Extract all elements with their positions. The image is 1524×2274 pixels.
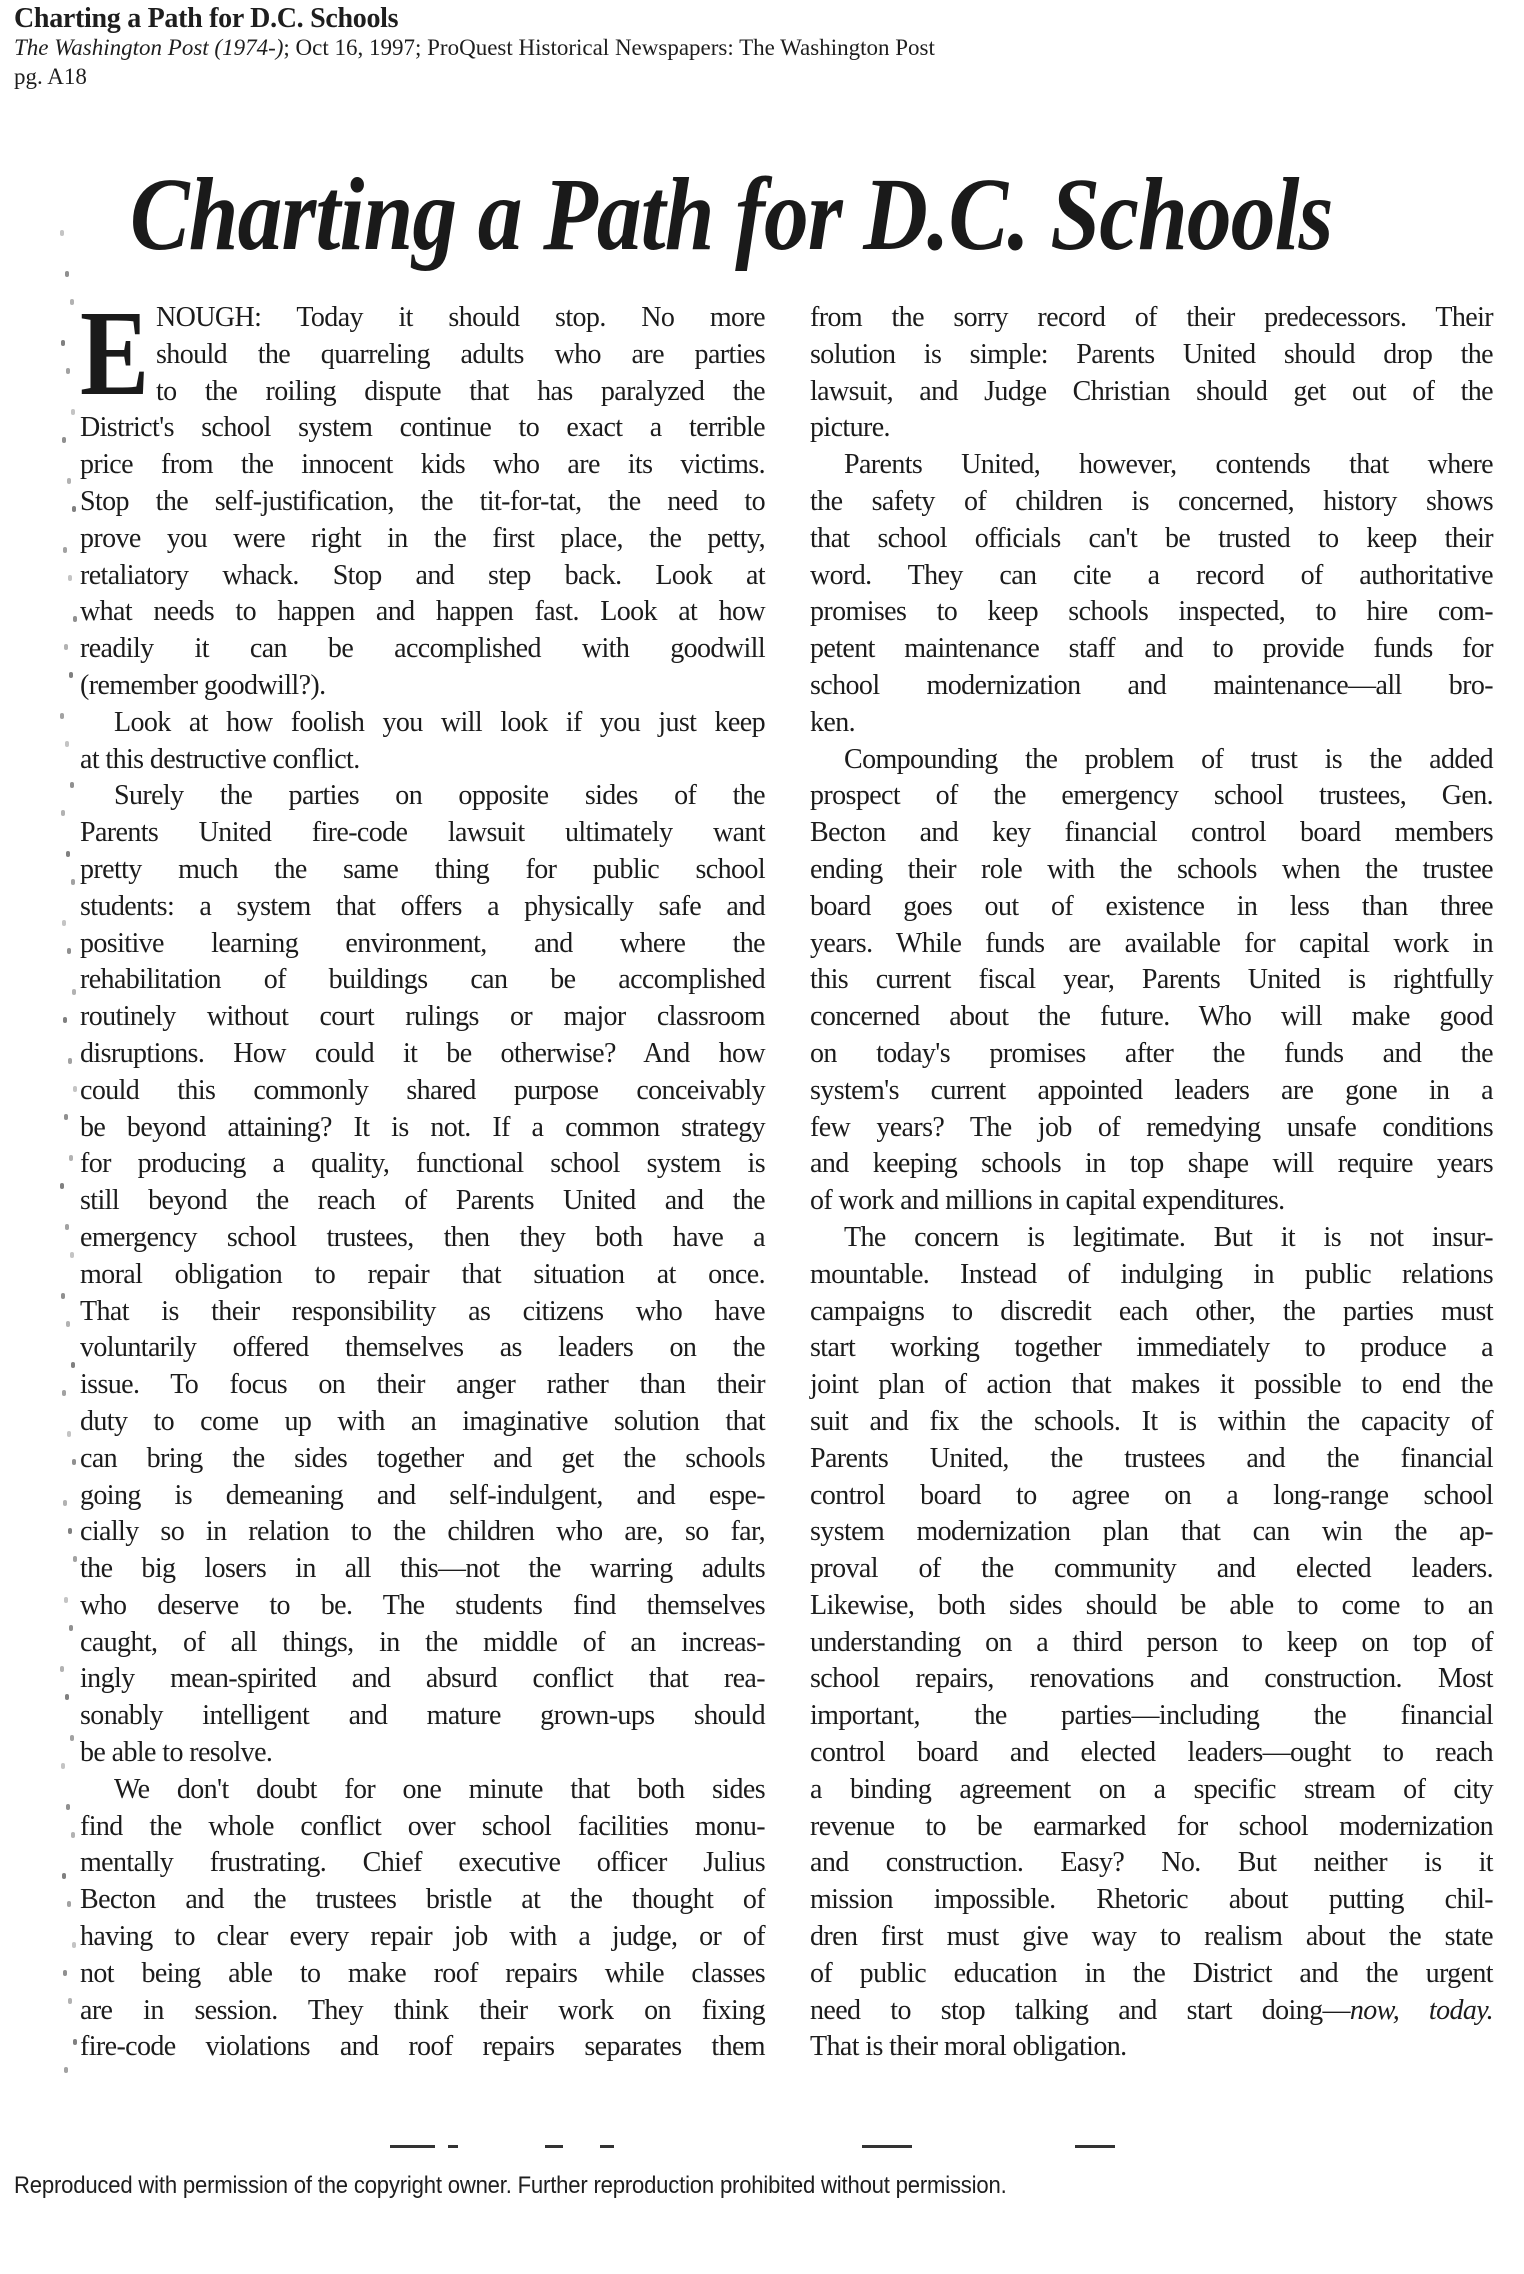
text-line: NOUGH: Today it should stop. No more — [80, 300, 765, 337]
dash — [448, 2145, 458, 2148]
text-line: concerned about the future. Who will mak… — [810, 999, 1493, 1036]
drop-cap: E — [80, 304, 149, 404]
text-line: Parents United, however, contends that w… — [810, 447, 1493, 484]
text-line: at this destructive conflict. — [80, 742, 765, 779]
speck — [72, 506, 76, 512]
speck — [68, 1528, 72, 1534]
speck — [60, 713, 64, 719]
speck — [66, 1321, 70, 1327]
text-line: Compounding the problem of trust is the … — [810, 742, 1493, 779]
speck — [69, 672, 73, 678]
text-line: mountable. Instead of indulging in publi… — [810, 1257, 1493, 1294]
citation-source: The Washington Post (1974-); Oct 16, 199… — [14, 33, 935, 62]
text-line: for producing a quality, functional scho… — [80, 1146, 765, 1183]
text-line: The concern is legitimate. But it is not… — [810, 1220, 1493, 1257]
dash — [1075, 2145, 1115, 2148]
text-line: what needs to happen and happen fast. Lo… — [80, 594, 765, 631]
speck — [64, 644, 68, 650]
publication-name: The Washington Post (1974-) — [14, 35, 283, 60]
scan-margin-specks — [60, 230, 82, 2130]
text-line: to the roiling dispute that has paralyze… — [80, 374, 765, 411]
text-line: system's current appointed leaders are g… — [810, 1073, 1493, 1110]
text-line: proval of the community and elected lead… — [810, 1551, 1493, 1588]
text-line: (remember goodwill?). — [80, 668, 765, 705]
text-line: understanding on a third person to keep … — [810, 1625, 1493, 1662]
text-line: and construction. Easy? No. But neither … — [810, 1845, 1493, 1882]
speck — [67, 1901, 71, 1907]
text-line: prospect of the emergency school trustee… — [810, 778, 1493, 815]
speck — [68, 1998, 72, 2004]
text-line: Becton and key financial control board m… — [810, 815, 1493, 852]
article-column-1: E NOUGH: Today it should stop. No more s… — [80, 300, 765, 2066]
text-line: be beyond attaining? It is not. If a com… — [80, 1110, 765, 1147]
text-line: having to clear every repair job with a … — [80, 1919, 765, 1956]
text-line: going is demeaning and self-indulgent, a… — [80, 1478, 765, 1515]
text-line: retaliatory whack. Stop and step back. L… — [80, 558, 765, 595]
text-line: from the sorry record of their predecess… — [810, 300, 1493, 337]
text-line: Becton and the trustees bristle at the t… — [80, 1882, 765, 1919]
text-line: the big losers in all this—not the warri… — [80, 1551, 765, 1588]
speck — [63, 1970, 67, 1976]
text-line: not being able to make roof repairs whil… — [80, 1956, 765, 1993]
text-line: system modernization plan that can win t… — [810, 1514, 1493, 1551]
speck — [72, 989, 76, 995]
text-line: that school officials can't be trusted t… — [810, 521, 1493, 558]
citation-details: ; Oct 16, 1997; ProQuest Historical News… — [283, 35, 934, 60]
speck — [63, 1500, 67, 1506]
text-line: ending their role with the schools when … — [810, 852, 1493, 889]
text-line: mission impossible. Rhetoric about putti… — [810, 1882, 1493, 1919]
text-line: are in session. They think their work on… — [80, 1993, 765, 2030]
text-line: and keeping schools in top shape will re… — [810, 1146, 1493, 1183]
speck — [69, 1155, 73, 1161]
text-line: price from the innocent kids who are its… — [80, 447, 765, 484]
speck — [70, 299, 74, 305]
text-line: need to stop talking and start doing—now… — [810, 1993, 1493, 2030]
text-segment: need to stop talking and start doing— — [810, 1995, 1350, 2026]
citation-title: Charting a Path for D.C. Schools — [14, 4, 935, 33]
text-line: lawsuit, and Judge Christian should get … — [810, 374, 1493, 411]
text-line: mentally frustrating. Chief executive of… — [80, 1845, 765, 1882]
speck — [65, 1224, 69, 1230]
text-line: Surely the parties on opposite sides of … — [80, 778, 765, 815]
text-line: control board to agree on a long-range s… — [810, 1478, 1493, 1515]
speck — [65, 741, 69, 747]
text-line: this current fiscal year, Parents United… — [810, 962, 1493, 999]
text-line: be able to resolve. — [80, 1735, 765, 1772]
text-line: who deserve to be. The students find the… — [80, 1588, 765, 1625]
dash — [390, 2145, 435, 2148]
text-line: campaigns to discredit each other, the p… — [810, 1294, 1493, 1331]
speck — [70, 1735, 74, 1741]
text-line: solution is simple: Parents United shoul… — [810, 337, 1493, 374]
text-line: can bring the sides together and get the… — [80, 1441, 765, 1478]
dash — [862, 2145, 912, 2148]
text-line: Look at how foolish you will look if you… — [80, 705, 765, 742]
speck — [69, 1625, 73, 1631]
text-line: Stop the self-justification, the tit-for… — [80, 484, 765, 521]
speck — [63, 1017, 67, 1023]
text-line: pretty much the same thing for public sc… — [80, 852, 765, 889]
speck — [70, 782, 74, 788]
text-line: of public education in the District and … — [810, 1956, 1493, 1993]
speck — [63, 547, 67, 553]
speck — [61, 810, 65, 816]
text-line: ken. — [810, 705, 1493, 742]
text-line: revenue to be earmarked for school moder… — [810, 1809, 1493, 1846]
speck — [73, 2039, 77, 2045]
text-line: start working together immediately to pr… — [810, 1330, 1493, 1367]
article-headline: Charting a Path for D.C. Schools — [130, 150, 1274, 280]
text-line: few years? The job of remedying unsafe c… — [810, 1110, 1493, 1147]
speck — [61, 340, 65, 346]
speck — [68, 1058, 72, 1064]
speck — [66, 368, 70, 374]
text-line: disruptions. How could it be otherwise? … — [80, 1036, 765, 1073]
speck — [62, 920, 66, 926]
speck — [61, 1293, 65, 1299]
text-line: ingly mean-spirited and absurd conflict … — [80, 1661, 765, 1698]
italic-emphasis: now, today. — [1350, 1995, 1493, 2026]
text-line: board goes out of existence in less than… — [810, 889, 1493, 926]
text-line: duty to come up with an imaginative solu… — [80, 1404, 765, 1441]
speck — [72, 1459, 76, 1465]
text-line: caught, of all things, in the middle of … — [80, 1625, 765, 1662]
end-of-article-dashes — [0, 2145, 1524, 2148]
speck — [73, 1086, 77, 1092]
text-line: Parents United, the trustees and the fin… — [810, 1441, 1493, 1478]
text-line: rehabilitation of buildings can be accom… — [80, 962, 765, 999]
speck — [71, 1362, 75, 1368]
text-line: years. While funds are available for cap… — [810, 926, 1493, 963]
citation-page: pg. A18 — [14, 62, 935, 91]
speck — [71, 409, 75, 415]
text-line: find the whole conflict over school faci… — [80, 1809, 765, 1846]
text-line: moral obligation to repair that situatio… — [80, 1257, 765, 1294]
text-line: students: a system that offers a physica… — [80, 889, 765, 926]
text-line: on today's promises after the funds and … — [810, 1036, 1493, 1073]
text-line: promises to keep schools inspected, to h… — [810, 594, 1493, 631]
speck — [67, 1431, 71, 1437]
dash — [600, 2145, 614, 2148]
text-line: the safety of children is concerned, his… — [810, 484, 1493, 521]
speck — [71, 879, 75, 885]
citation-header: Charting a Path for D.C. Schools The Was… — [14, 4, 935, 91]
text-line: should the quarreling adults who are par… — [80, 337, 765, 374]
speck — [65, 271, 69, 277]
speck — [67, 478, 71, 484]
text-line: That is their moral obligation. — [810, 2029, 1493, 2066]
text-line: emergency school trustees, then they bot… — [80, 1220, 765, 1257]
text-line: dren first must give way to realism abou… — [810, 1919, 1493, 1956]
text-line: of work and millions in capital expendit… — [810, 1183, 1493, 1220]
speck — [64, 1114, 68, 1120]
text-line: positive learning environment, and where… — [80, 926, 765, 963]
speck — [61, 1763, 65, 1769]
speck — [60, 1666, 64, 1672]
text-line: Parents United fire-code lawsuit ultimat… — [80, 815, 765, 852]
text-line: word. They can cite a record of authorit… — [810, 558, 1493, 595]
text-line: Likewise, both sides should be able to c… — [810, 1588, 1493, 1625]
speck — [66, 1804, 70, 1810]
text-line: school repairs, renovations and construc… — [810, 1661, 1493, 1698]
speck — [66, 851, 70, 857]
speck — [60, 230, 64, 236]
text-line: prove you were right in the first place,… — [80, 521, 765, 558]
speck — [65, 1694, 69, 1700]
text-line: picture. — [810, 410, 1493, 447]
text-line: still beyond the reach of Parents United… — [80, 1183, 765, 1220]
text-line: joint plan of action that makes it possi… — [810, 1367, 1493, 1404]
text-line: We don't doubt for one minute that both … — [80, 1772, 765, 1809]
text-line: voluntarily offered themselves as leader… — [80, 1330, 765, 1367]
text-line: petent maintenance staff and to provide … — [810, 631, 1493, 668]
speck — [62, 1873, 66, 1879]
text-line: readily it can be accomplished with good… — [80, 631, 765, 668]
speck — [73, 1556, 77, 1562]
speck — [73, 616, 77, 622]
copyright-notice: Reproduced with permission of the copyri… — [14, 2172, 1007, 2200]
text-line: sonably intelligent and mature grown-ups… — [80, 1698, 765, 1735]
text-line: a binding agreement on a specific stream… — [810, 1772, 1493, 1809]
speck — [71, 1832, 75, 1838]
text-line: cially so in relation to the children wh… — [80, 1514, 765, 1551]
text-line: could this commonly shared purpose conce… — [80, 1073, 765, 1110]
text-line: That is their responsibility as citizens… — [80, 1294, 765, 1331]
speck — [64, 1597, 68, 1603]
text-line: important, the parties—including the fin… — [810, 1698, 1493, 1735]
text-line: fire-code violations and roof repairs se… — [80, 2029, 765, 2066]
dash — [545, 2145, 563, 2148]
speck — [62, 437, 66, 443]
speck — [62, 1390, 66, 1396]
text-line: issue. To focus on their anger rather th… — [80, 1367, 765, 1404]
text-line: control board and elected leaders—ought … — [810, 1735, 1493, 1772]
speck — [72, 1942, 76, 1948]
speck — [60, 1183, 64, 1189]
speck — [68, 575, 72, 581]
text-line: suit and fix the schools. It is within t… — [810, 1404, 1493, 1441]
text-line: District's school system continue to exa… — [80, 410, 765, 447]
text-line: routinely without court rulings or major… — [80, 999, 765, 1036]
article-column-2: from the sorry record of their predecess… — [810, 300, 1493, 2066]
speck — [70, 1252, 74, 1258]
speck — [67, 948, 71, 954]
speck — [64, 2067, 68, 2073]
text-line: school modernization and maintenance—all… — [810, 668, 1493, 705]
